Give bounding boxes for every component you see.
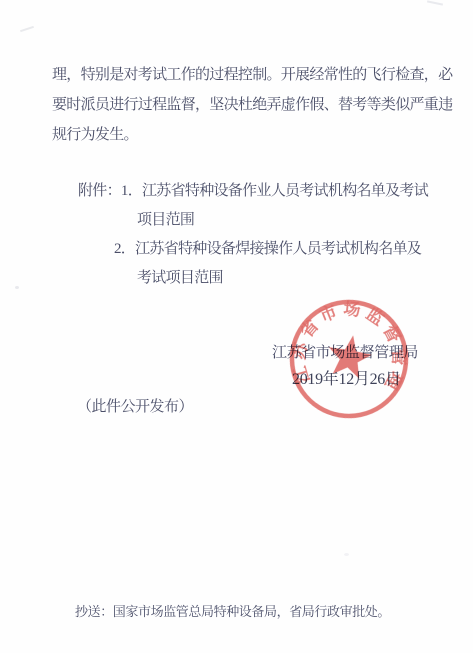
document-page: 理，特别是对考试工作的过程控制。开展经常性的飞行检查，必 要时派员进行过程监督，… [0, 0, 473, 653]
public-release-note: （此件公开发布） [77, 392, 193, 422]
body-paragraph: 理，特别是对考试工作的过程控制。开展经常性的飞行检查，必 要时派员进行过程监督，… [52, 60, 452, 150]
scan-artifact [20, 26, 34, 32]
scan-artifact [344, 553, 349, 556]
star-icon [324, 332, 374, 381]
scan-artifact [427, 0, 443, 5]
scan-artifact [15, 286, 19, 289]
attachment-line: 2．江苏省特种设备焊接操作人员考试机构名单及 [114, 234, 421, 264]
cc-note: 抄送：国家市场监管总局特种设备局，省局行政审批处。 [75, 597, 390, 627]
attachment-line: 项目范围 [137, 205, 194, 235]
body-paragraph-line: 规行为发生。 [52, 120, 452, 150]
body-paragraph-line: 要时派员进行过程监督，坚决杜绝弄虚作假、替考等类似严重违 [52, 90, 452, 120]
attachment-line: 附件：1．江苏省特种设备作业人员考试机构名单及考试 [78, 176, 428, 206]
official-seal: 江苏省市场监督管理局 [277, 287, 421, 431]
attachment-line: 考试项目范围 [137, 263, 223, 293]
body-paragraph-line: 理，特别是对考试工作的过程控制。开展经常性的飞行检查，必 [52, 60, 452, 90]
